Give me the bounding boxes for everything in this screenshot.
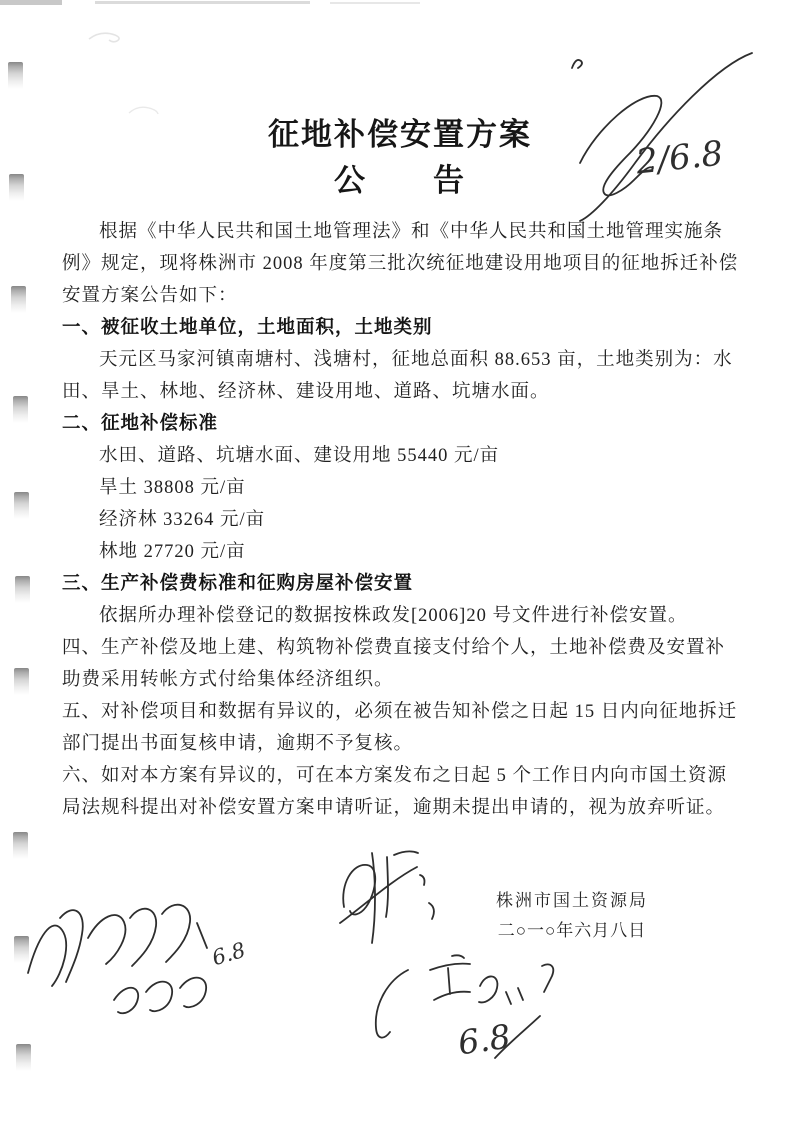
binder-hole-mark: [13, 396, 28, 423]
issuing-org: 株洲市国土资源局: [473, 886, 671, 916]
handwritten-note-bottom-left: [22, 888, 312, 1023]
binder-hole-mark: [15, 576, 30, 603]
scan-edge-smudge: [0, 0, 62, 5]
section4-line-2: 助费采用转帐方式付给集体经济组织。: [62, 664, 752, 696]
binder-hole-mark: [14, 936, 29, 963]
intro-line-1: 根据《中华人民共和国土地管理法》和《中华人民共和国土地管理实施条: [62, 216, 752, 248]
handwritten-signature-bottom-center: [360, 952, 580, 1082]
document-title: 征地补偿安置方案: [0, 112, 800, 158]
binder-hole-mark: [16, 1044, 31, 1071]
section2-heading: 二、征地补偿标准: [62, 408, 752, 440]
section2-item-4: 林地 27720 元/亩: [62, 536, 752, 568]
scanned-notice-page: 征地补偿安置方案 公 告 根据《中华人民共和国土地管理法》和《中华人民共和国土地…: [0, 0, 800, 1137]
section2-item-2: 旱土 38808 元/亩: [62, 472, 752, 504]
section1-line-2: 田、旱土、林地、经济林、建设用地、道路、坑塘水面。: [62, 376, 752, 408]
title-block: 征地补偿安置方案 公 告: [0, 112, 800, 204]
section6-line-1: 六、如对本方案有异议的，可在本方案发布之日起 5 个工作日内向市国土资源: [62, 760, 752, 792]
section6-line-2: 局法规科提出对补偿安置方案申请听证，逾期未提出申请的，视为放弃听证。: [62, 792, 752, 824]
section1-heading: 一、被征收土地单位，土地面积，土地类别: [62, 312, 752, 344]
handwritten-date-bottom-center: 6.8: [456, 1017, 513, 1063]
handwritten-signature-center: [332, 845, 452, 950]
binder-hole-mark: [14, 668, 29, 695]
document-body: 根据《中华人民共和国土地管理法》和《中华人民共和国土地管理实施条 例》规定，现将…: [62, 216, 752, 824]
scan-edge-smudge: [330, 2, 420, 4]
section4-line-1: 四、生产补偿及地上建、构筑物补偿费直接支付给个人，土地补偿费及安置补: [62, 632, 752, 664]
signature-block: 株洲市国土资源局 二○一○年六月八日: [473, 886, 671, 946]
binder-hole-mark: [13, 832, 28, 859]
binder-hole-mark: [11, 286, 26, 313]
scan-edge-smudge: [95, 1, 310, 4]
intro-line-2: 例》规定，现将株洲市 2008 年度第三批次统征地建设用地项目的征地拆迁补偿: [62, 248, 752, 280]
intro-line-3: 安置方案公告如下：: [62, 280, 752, 312]
section3-heading: 三、生产补偿费标准和征购房屋补偿安置: [62, 568, 752, 600]
issue-date: 二○一○年六月八日: [473, 916, 671, 946]
document-subtitle: 公 告: [0, 158, 800, 204]
binder-hole-mark: [14, 492, 29, 519]
handwritten-date-bottom-left: 6.8: [209, 938, 248, 970]
scan-smudge-curl: [85, 25, 129, 47]
section5-line-1: 五、对补偿项目和数据有异议的，必须在被告知补偿之日起 15 日内向征地拆迁: [62, 696, 752, 728]
section1-line-1: 天元区马家河镇南塘村、浅塘村，征地总面积 88.653 亩，土地类别为：水: [62, 344, 752, 376]
section3-line-1: 依据所办理补偿登记的数据按株政发[2006]20 号文件进行补偿安置。: [62, 600, 752, 632]
section2-item-1: 水田、道路、坑塘水面、建设用地 55440 元/亩: [62, 440, 752, 472]
section2-item-3: 经济林 33264 元/亩: [62, 504, 752, 536]
binder-hole-mark: [8, 62, 23, 89]
section5-line-2: 部门提出书面复核申请，逾期不予复核。: [62, 728, 752, 760]
